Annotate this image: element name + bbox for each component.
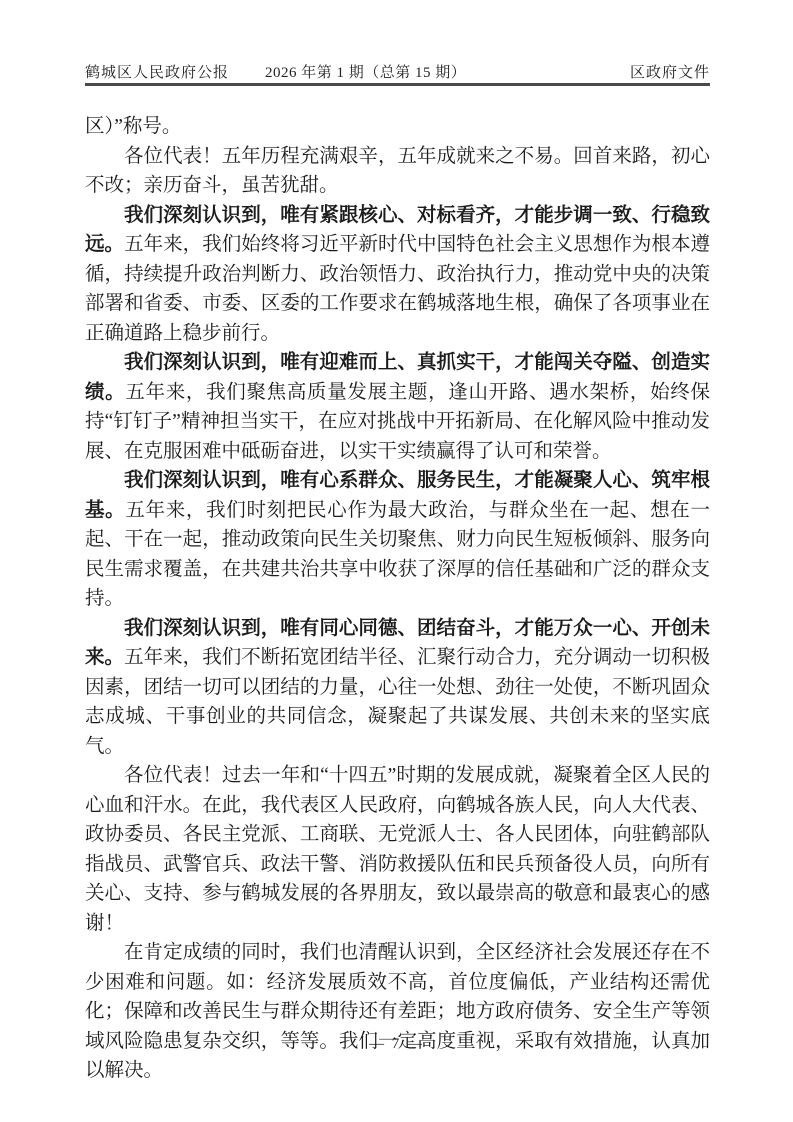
paragraph-text: 五年来，我们聚焦高质量发展主题，逢山开路、遇水架桥，始终保持“钉钉子”精神担当实… [85, 382, 710, 462]
body-paragraph-continuation: 区）”称号。 [85, 112, 710, 142]
header-issue-info: 2026 年第 1 期（总第 15 期） [265, 61, 466, 82]
header-doc-category: 区政府文件 [630, 61, 710, 82]
gazette-page: 鹤城区人民政府公报 2026 年第 1 期（总第 15 期） 区政府文件 区）”… [0, 0, 793, 1122]
header-rule [85, 83, 710, 86]
page-header: 鹤城区人民政府公报 2026 年第 1 期（总第 15 期） 区政府文件 [85, 58, 710, 82]
body-paragraph: 我们深刻认识到，唯有同心同德、团结奋斗，才能万众一心、开创未来。五年来，我们不断… [85, 614, 710, 762]
body-paragraph: 各位代表！过去一年和“十四五”时期的发展成就，凝聚着全区人民的心血和汗水。在此，… [85, 761, 710, 938]
paragraph-text: 在肯定成绩的同时，我们也清醒认识到，全区经济社会发展还存在不少困难和问题。如：经… [85, 942, 710, 1081]
body-paragraph: 各位代表！五年历程充满艰辛，五年成就来之不易。回首来路，初心不改；亲历奋斗，虽苦… [85, 142, 710, 201]
paragraph-text: 区）”称号。 [85, 116, 181, 137]
body-paragraph: 我们深刻认识到，唯有紧跟核心、对标看齐，才能步调一致、行稳致远。五年来，我们始终… [85, 201, 710, 349]
paragraph-text: 各位代表！过去一年和“十四五”时期的发展成就，凝聚着全区人民的心血和汗水。在此，… [85, 765, 710, 934]
paragraph-text: 各位代表！五年历程充满艰辛，五年成就来之不易。回首来路，初心不改；亲历奋斗，虽苦… [85, 146, 710, 197]
body-paragraph: 我们深刻认识到，唯有迎难而上、真抓实干，才能闯关夺隘、创造实绩。五年来，我们聚焦… [85, 348, 710, 466]
body-paragraph: 在肯定成绩的同时，我们也清醒认识到，全区经济社会发展还存在不少困难和问题。如：经… [85, 938, 710, 1086]
document-body: 区）”称号。 各位代表！五年历程充满艰辛，五年成就来之不易。回首来路，初心不改；… [85, 112, 710, 1086]
page-number: — 7 — [369, 1036, 424, 1052]
paragraph-text: 五年来，我们始终将习近平新时代中国特色社会主义思想作为根本遵循，持续提升政治判断… [85, 234, 710, 344]
header-publication-title: 鹤城区人民政府公报 [85, 61, 229, 82]
paragraph-text: 五年来，我们不断拓宽团结半径、汇聚行动合力，充分调动一切积极因素，团结一切可以团… [85, 647, 710, 757]
body-paragraph: 我们深刻认识到，唯有心系群众、服务民生，才能凝聚人心、筑牢根基。五年来，我们时刻… [85, 466, 710, 614]
page-footer: — 7 — [0, 1036, 793, 1053]
paragraph-text: 五年来，我们时刻把民心作为最大政治，与群众坐在一起、想在一起、干在一起，推动政策… [85, 500, 710, 610]
